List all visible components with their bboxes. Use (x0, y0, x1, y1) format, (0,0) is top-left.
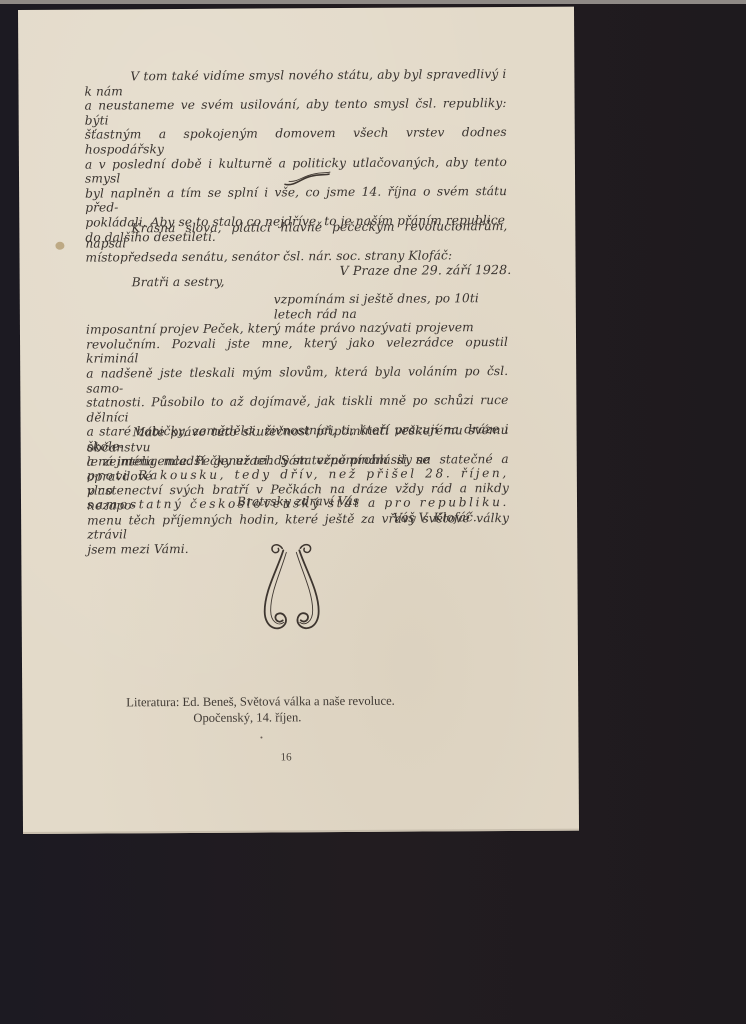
text-line: a nadšeně jste tleskali mým slovům, kter… (86, 364, 508, 396)
page-number: 16 (281, 751, 292, 763)
ink-speck (260, 737, 262, 739)
paper-stain (55, 242, 64, 250)
text-line: a zejména mladší generaci. Sám vzpomínám… (87, 452, 509, 484)
ink-speck (95, 476, 97, 478)
literature-reference: Literatura: Ed. Beneš, Světová válka a n… (126, 693, 395, 727)
salutation: Bratři a sestry, (132, 275, 225, 290)
place-date: V Praze dne 29. září 1928. (340, 263, 512, 279)
document-page: V tom také vidíme smysl nového státu, ab… (18, 7, 579, 834)
text-line: statnosti. Působilo to až dojímavě, jak … (86, 393, 508, 425)
text-line: Krásná slova, platící hlavně pečeckým re… (85, 219, 507, 251)
literature-line-2: Opočenský, 14. říjen. (126, 709, 395, 727)
text-line: vzpomínám si ještě dnes, po 10ti letech … (86, 291, 508, 323)
literature-line-1: Literatura: Ed. Beneš, Světová válka a n… (126, 693, 395, 711)
text-line: šťastným a spokojeným domovem všech vrst… (85, 125, 507, 157)
text-line: Máte právo tuto skutečnost připomínati v… (87, 423, 509, 455)
lead-paragraph: Krásná slova, platící hlavně pečeckým re… (85, 219, 507, 265)
signature: Váš V. Klofáč. (393, 510, 477, 525)
closing-greeting: Bratrsky zdraví Vás (237, 494, 359, 509)
text-line: a neustaneme ve svém usilování, aby tent… (85, 96, 507, 128)
text-line: V tom také vidíme smysl nového státu, ab… (84, 67, 506, 99)
intro-paragraph: V tom také vidíme smysl nového státu, ab… (84, 67, 507, 245)
lyre-scroll-ornament-icon (256, 536, 327, 640)
swash-ornament-icon (281, 170, 333, 192)
text-line: revolučním. Pozvali jste mne, který jako… (86, 335, 508, 367)
